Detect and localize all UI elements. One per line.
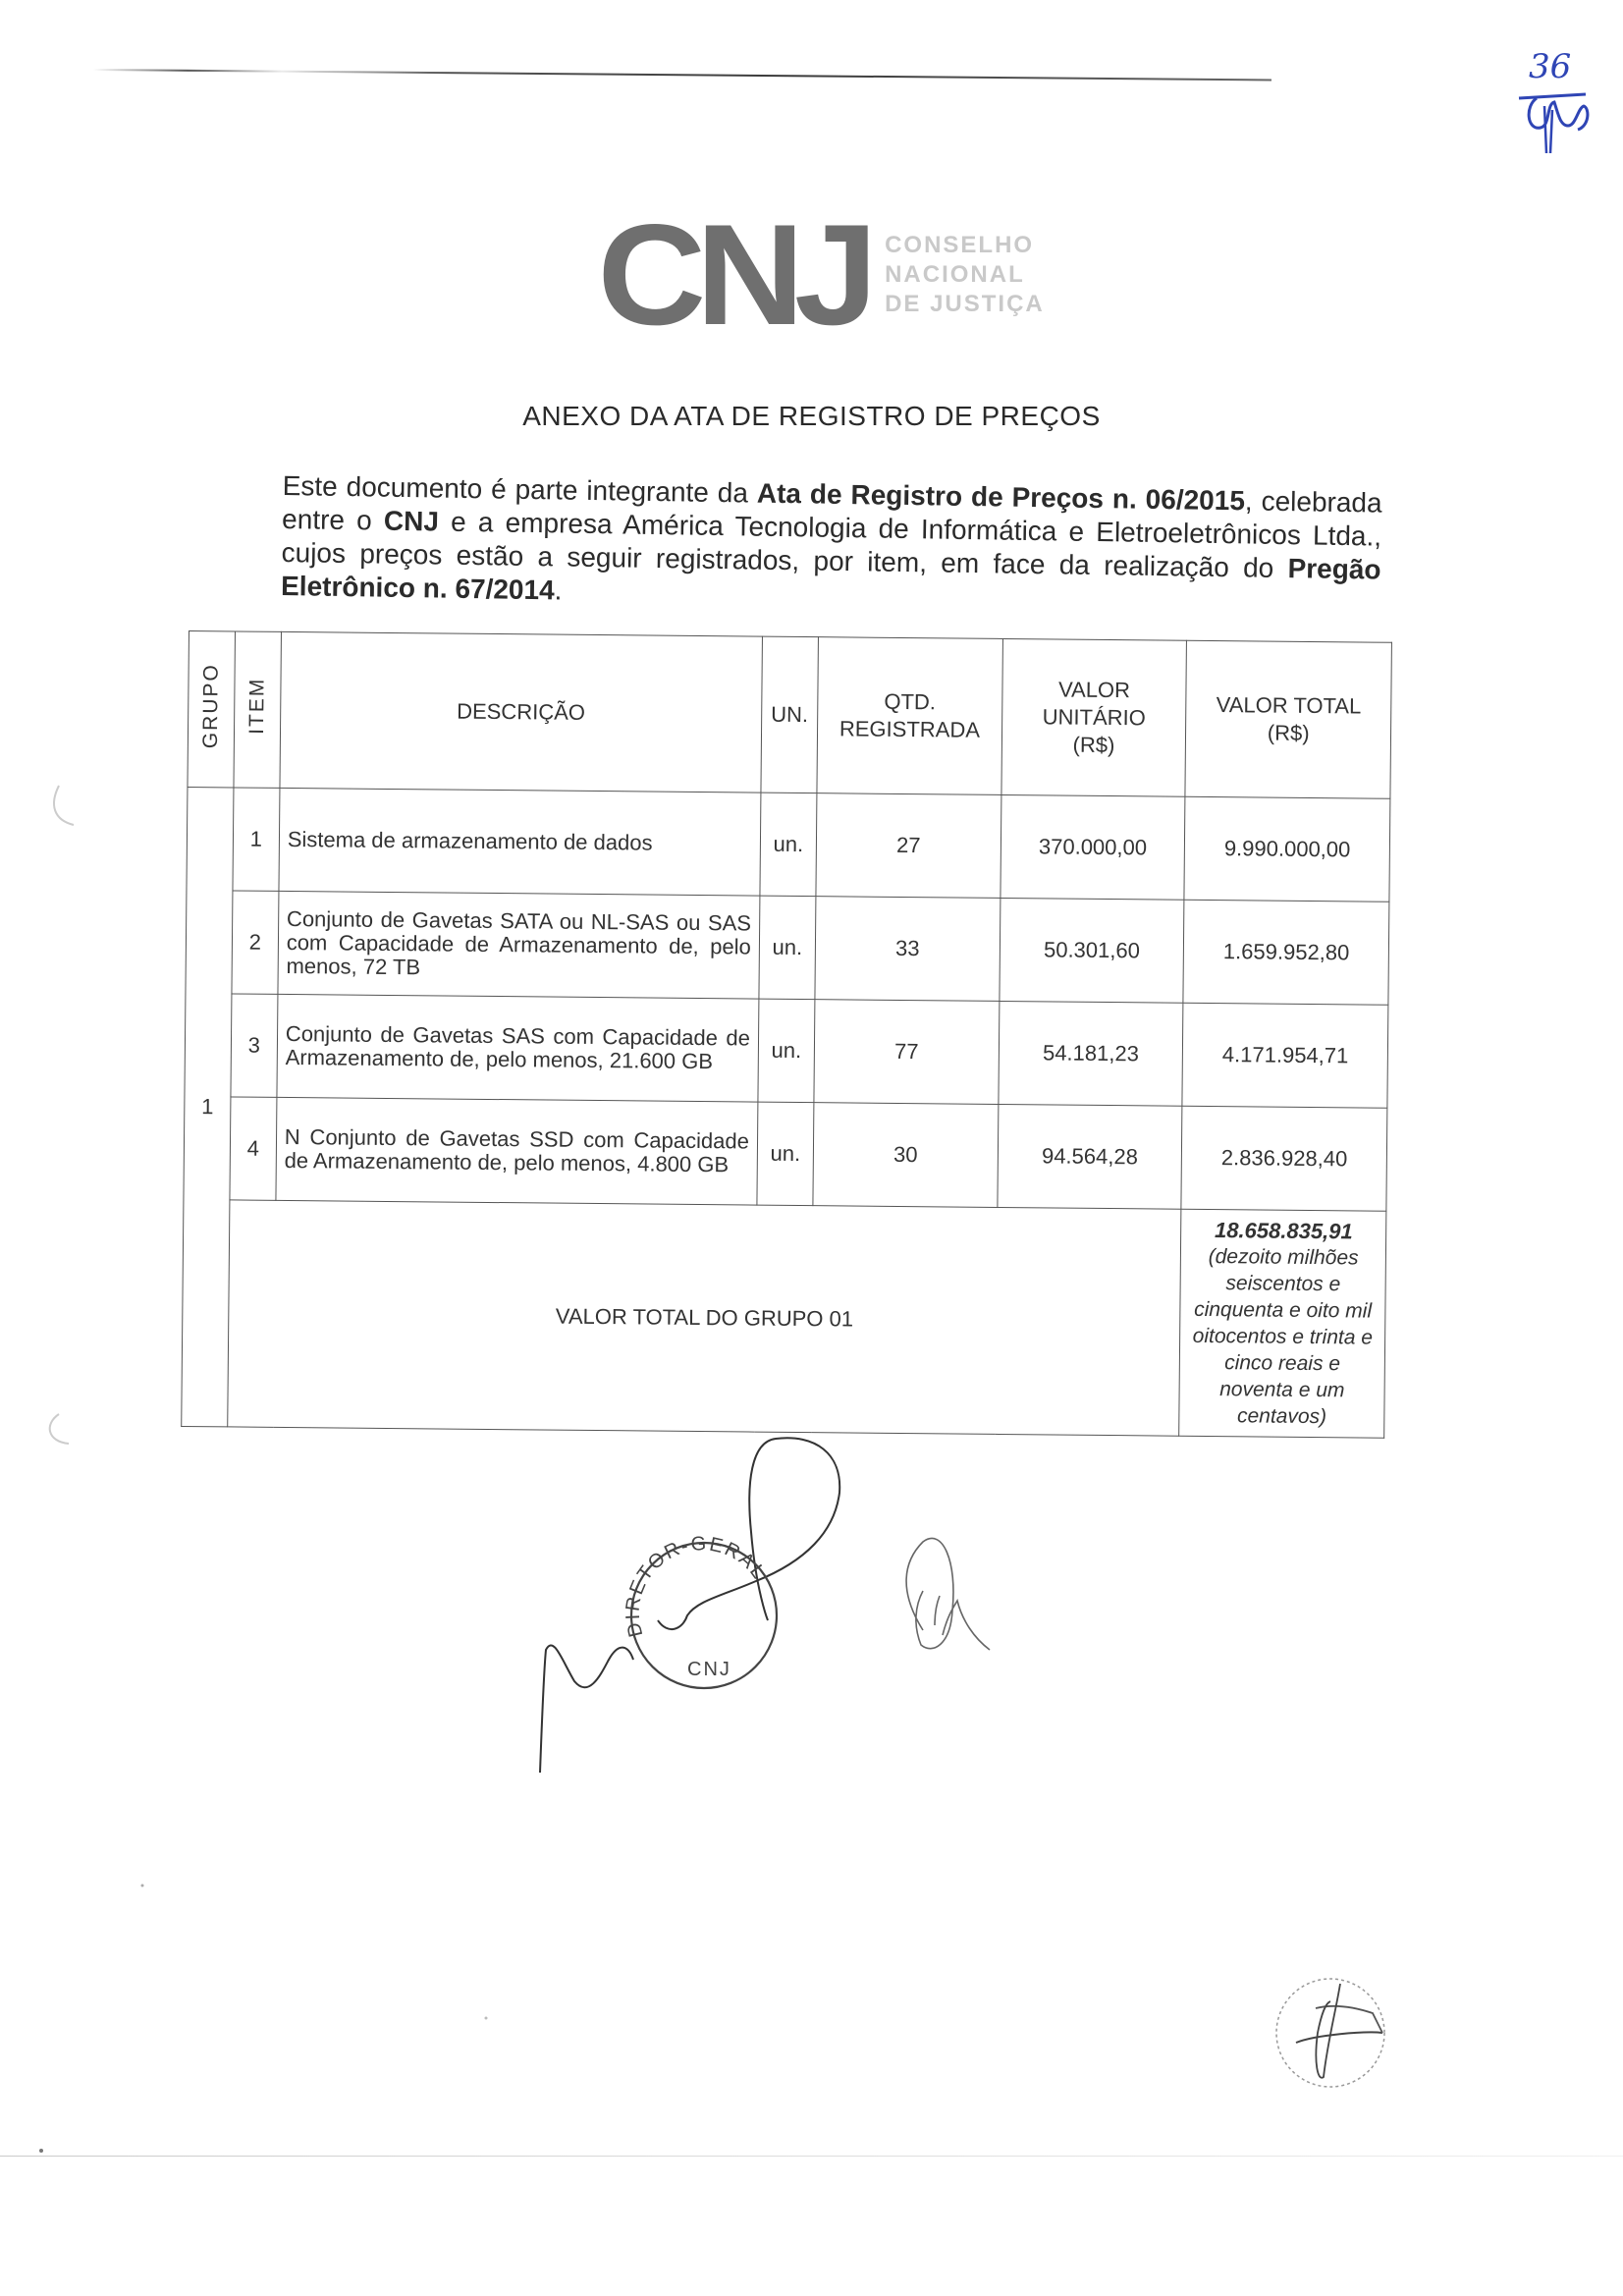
scan-specks	[0, 0, 1623, 2296]
